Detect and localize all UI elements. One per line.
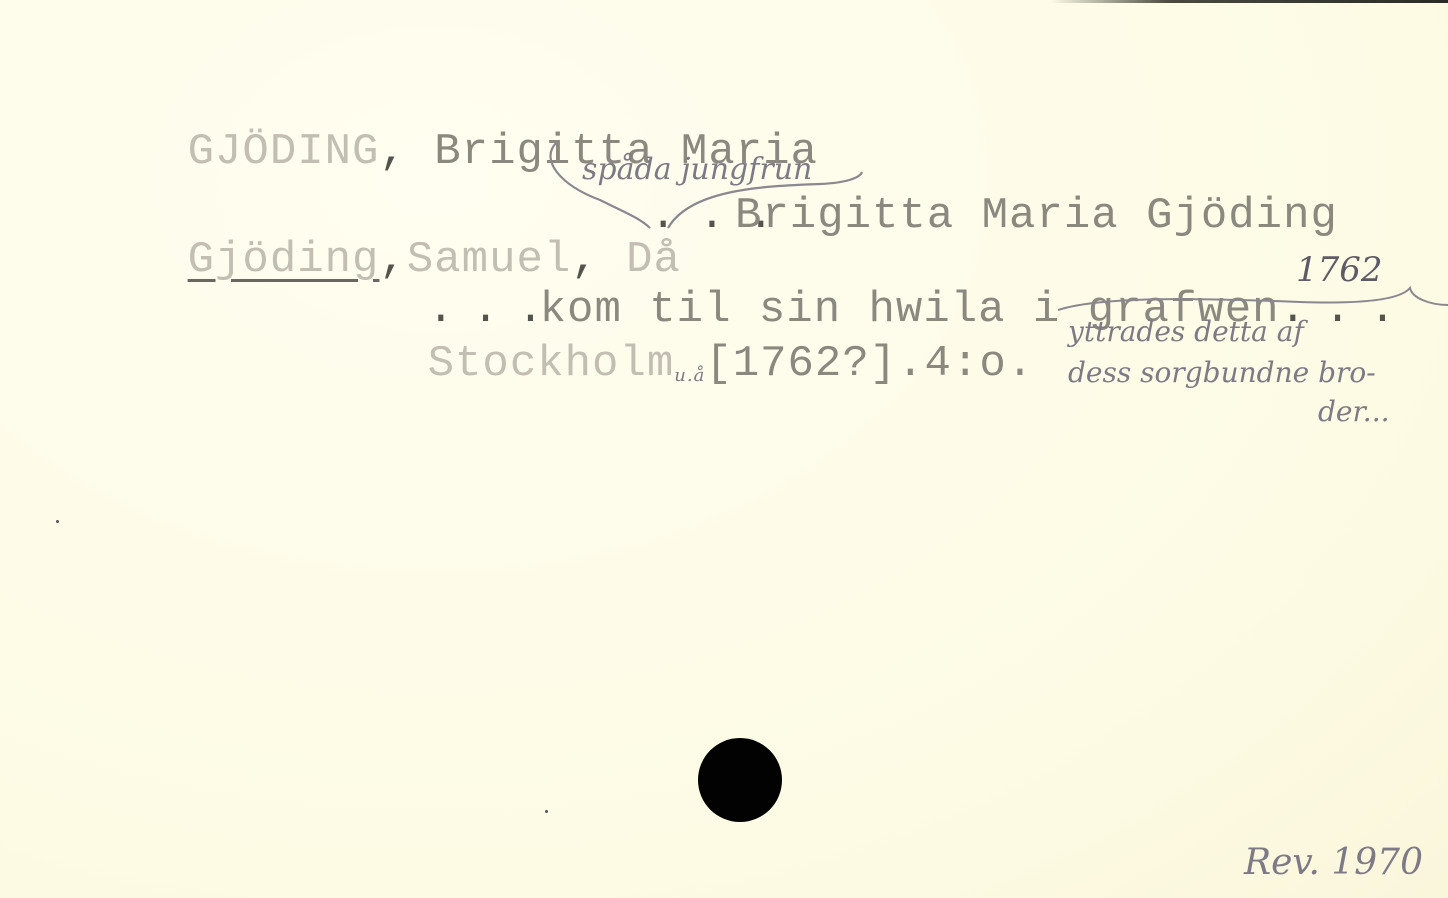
insertion-caret-right xyxy=(668,172,862,228)
speck xyxy=(56,520,59,523)
punch-hole xyxy=(698,738,782,822)
margin-brace xyxy=(1058,288,1448,310)
speck xyxy=(545,810,548,813)
insertion-caret-left xyxy=(550,143,650,228)
catalog-card: GJÖDING, Brigitta Maria Gjöding,Samuel, … xyxy=(0,0,1448,898)
